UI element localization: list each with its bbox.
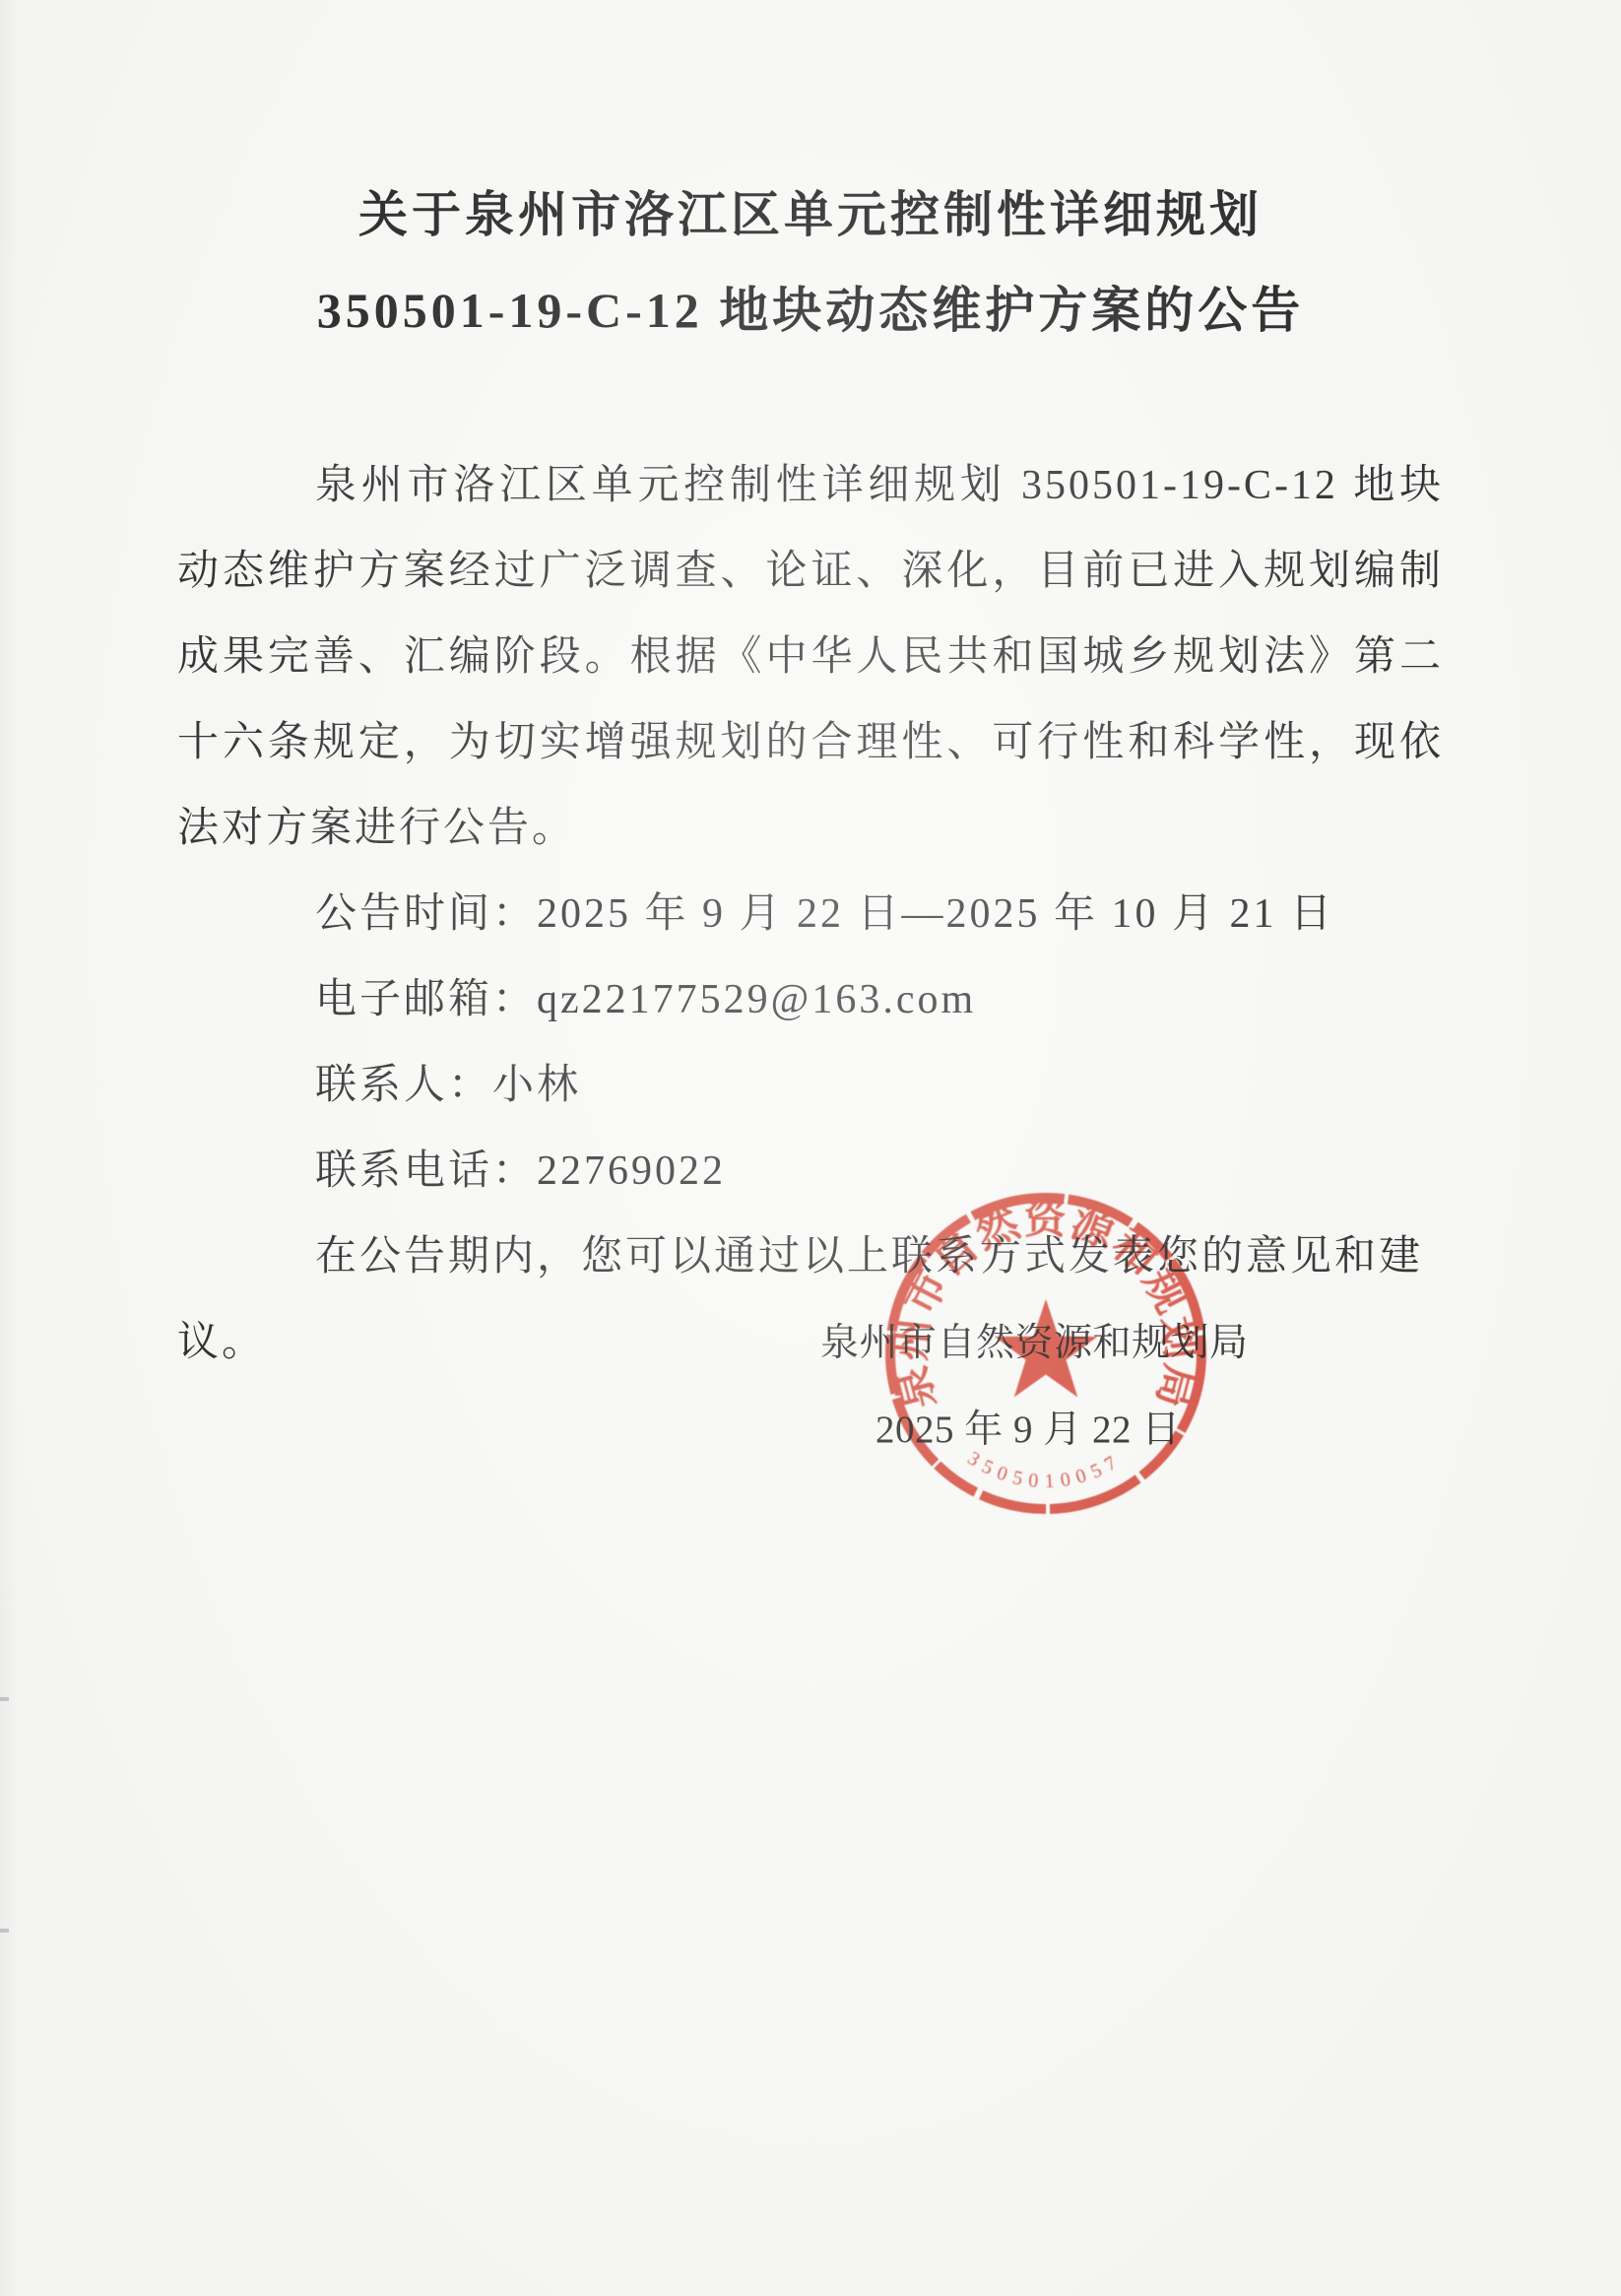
- body-paragraph: 泉州市洛江区单元控制性详细规划 350501-19-C-12 地块动态维护方案经…: [177, 443, 1444, 872]
- official-seal-stamp: 泉州市自然资源和规划局 3505010057: [878, 1186, 1213, 1521]
- closing-line: 在公告期内，您可以通过以上联系方式发表您的意见和建议。: [177, 1214, 1444, 1386]
- title-line-1: 关于泉州市洛江区单元控制性详细规划: [0, 167, 1621, 263]
- seal-code-label: 3505010057: [964, 1447, 1127, 1492]
- document-body: 泉州市洛江区单元控制性详细规划 350501-19-C-12 地块动态维护方案经…: [177, 443, 1444, 1386]
- title-line-2: 350501-19-C-12 地块动态维护方案的公告: [0, 263, 1621, 359]
- contact-person-line: 联系人：小林: [177, 1043, 1444, 1129]
- announcement-period-line: 公告时间：2025 年 9 月 22 日—2025 年 10 月 21 日: [177, 872, 1444, 957]
- document-page: 关于泉州市洛江区单元控制性详细规划 350501-19-C-12 地块动态维护方…: [0, 0, 1621, 2296]
- scan-artifact: [0, 1929, 9, 1933]
- document-title: 关于泉州市洛江区单元控制性详细规划 350501-19-C-12 地块动态维护方…: [0, 167, 1621, 359]
- contact-phone-line: 联系电话：22769022: [177, 1129, 1444, 1214]
- scan-artifact: [0, 1697, 9, 1701]
- email-line: 电子邮箱：qz22177529@163.com: [177, 957, 1444, 1043]
- star-icon: [995, 1299, 1098, 1398]
